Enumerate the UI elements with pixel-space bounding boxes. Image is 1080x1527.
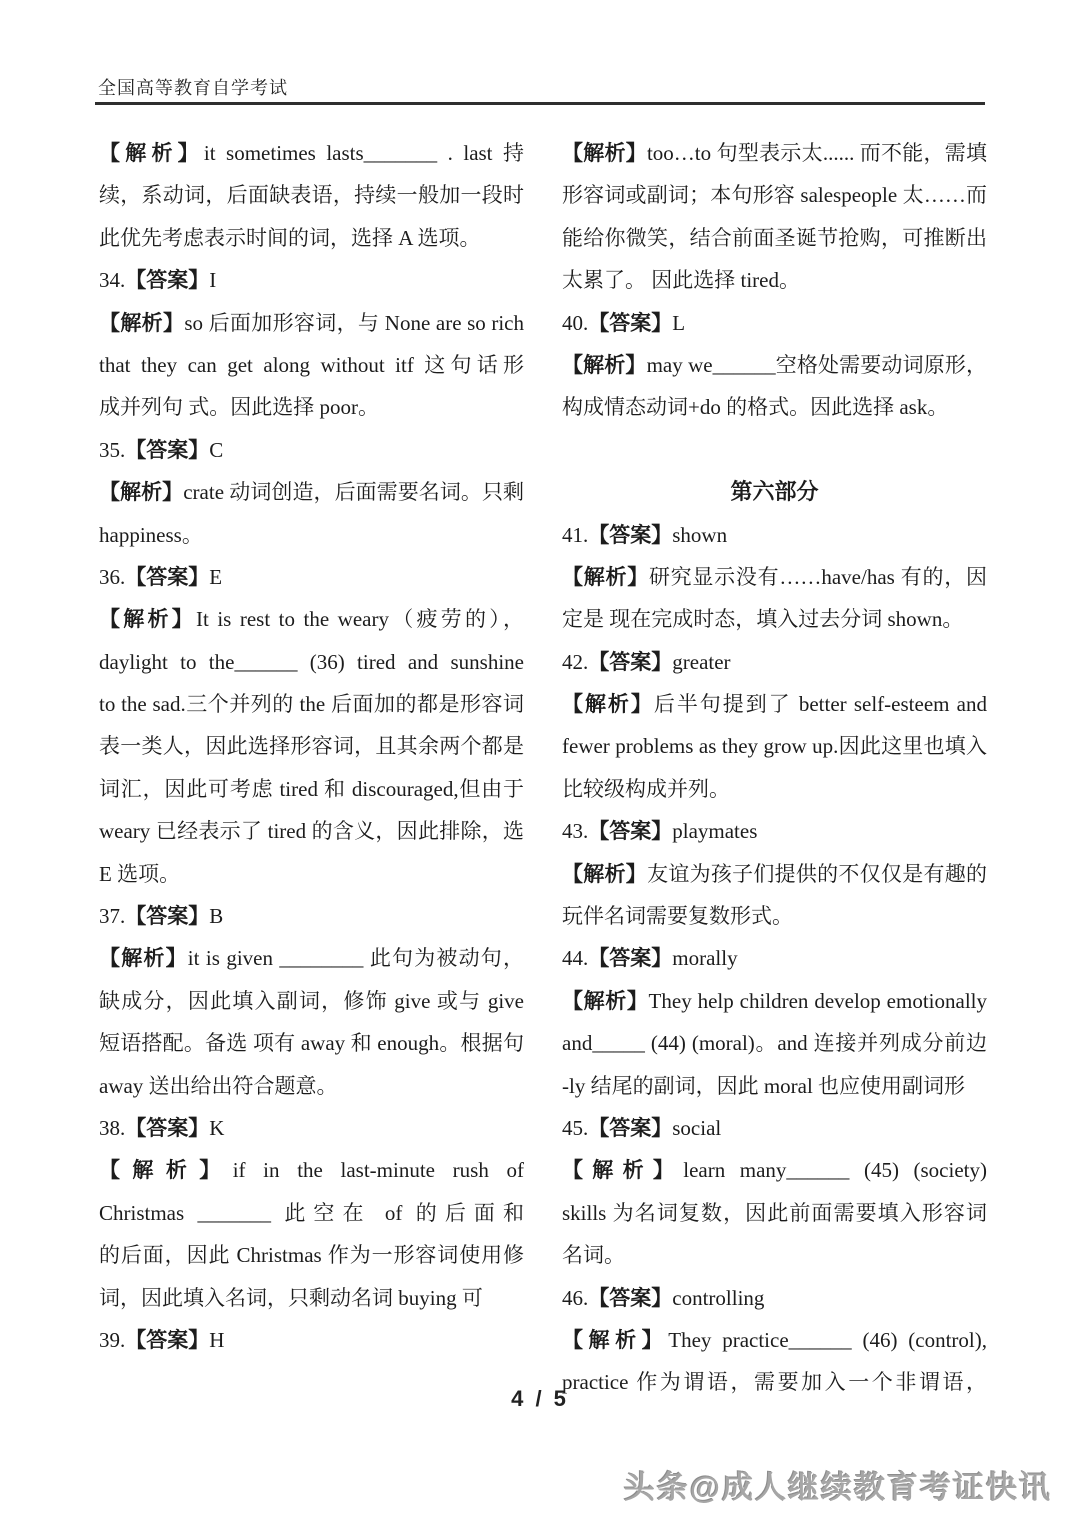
text-line: daylight to the______ (36) tired and sun… [99,641,524,683]
text-line: 【解析】if in the last-minute rush of [99,1149,524,1191]
page-number: 4 / 5 [0,1386,1080,1412]
text-line: 【解析】it is given ________ 此句为被动句，不 [99,937,524,979]
text-line: 短语搭配。备选 项有 away 和 enough。根据句意 give [99,1022,524,1064]
text-line: 38.【答案】K [99,1107,524,1149]
text-line: 构成情态动词+do 的格式。因此选择 ask。 [562,386,987,428]
text-line: to the sad.三个并列的 the 后面加的都是形容词 [99,683,524,725]
text-line: 44.【答案】morally [562,937,987,979]
text-line: 34.【答案】I [99,259,524,301]
document-page: 全国高等教育自学考试 【解析】it sometimes lasts_______… [0,0,1080,1527]
text-line: 【解析】so 后面加形容词，与 None are so rich [99,302,524,344]
blank-line [562,429,987,471]
text-line: 【解析】may we______空格处需要动词原形，与 may [562,344,987,386]
text-line: 36.【答案】E [99,556,524,598]
text-line: 【解析】友谊为孩子们提供的不仅仅是有趣的玩伴， [562,853,987,895]
text-line: 【解析】后半句提到了 better self-esteem and [562,683,987,725]
text-line: 43.【答案】playmates [562,810,987,852]
text-line: E 选项。 [99,853,524,895]
text-line: 续，系动词，后面缺表语，持续一般加一段时间，因 [99,174,524,216]
text-line: 37.【答案】B [99,895,524,937]
text-line: 【解析】It is rest to the weary（疲劳的）， [99,598,524,640]
text-line: 形容词或副词；本句形容 salespeople 太……而不 [562,174,987,216]
text-line: 缺成分，因此填入副词，修饰 give 或与 give 构成 [99,980,524,1022]
text-line: 【解析】研究显示没有……have/has 有的，因此确 [562,556,987,598]
text-line: 玩伴名词需要复数形式。 [562,895,987,937]
text-line: 39.【答案】H [99,1319,524,1361]
text-line: 名词。 [562,1234,987,1276]
text-line: -ly 结尾的副词，因此 moral 也应使用副词形式。 [562,1065,987,1107]
left-column: 【解析】it sometimes lasts_______ . last 持续，… [99,132,524,1361]
text-line: 【解析】learn many______ (45) (society) skil… [562,1149,987,1191]
text-line: 表一类人，因此选择形容词，且其余两个都是消极 [99,725,524,767]
text-line: 【解析】crate 动词创造，后面需要名词。只剩 [99,471,524,513]
text-line: 【解析】it sometimes lasts_______ . last 持 [99,132,524,174]
right-column: 【解析】too…to 句型表示太...... 而不能，需填入形容词或副词；本句形… [562,132,987,1404]
text-line: happiness。 [99,514,524,556]
text-line: 词，因此填入名词，只剩动名词 buying 可选。 [99,1277,524,1319]
text-line: and_____ (44) (moral)。and 连接并列成分前边为 [562,1022,987,1064]
text-line: 41.【答案】shown [562,514,987,556]
header-divider [95,102,985,105]
text-line: 45.【答案】social [562,1107,987,1149]
header-title: 全国高等教育自学考试 [98,74,288,100]
text-line: 能给你微笑，结合前面圣诞节抢购，可推断出太忙 [562,217,987,259]
text-line: 【解析】too…to 句型表示太...... 而不能，需填入 [562,132,987,174]
text-line: 35.【答案】C [99,429,524,471]
text-line: skills 为名词复数，因此前面需要填入形容词修饰 [562,1192,987,1234]
text-line: 40.【答案】L [562,302,987,344]
text-line: 太累了。 因此选择 tired。 [562,259,987,301]
text-line: 【解析】They help children develop emotional… [562,980,987,1022]
text-line: 【解析】They practice______ (46) (control), [562,1319,987,1361]
text-line: 比较级构成并列。 [562,768,987,810]
watermark: 头条@成人继续教育考证快讯 [624,1462,1052,1507]
text-line: that they can get along without itf 这句话形 [99,344,524,386]
section-heading: 第六部分 [562,471,987,513]
text-line: 成并列句 式。因此选择 poor。 [99,386,524,428]
text-line: 的后面，因此 Christmas 作为一形容词使用修饰名 [99,1234,524,1276]
text-line: away 送出给出符合题意。 [99,1065,524,1107]
text-line: 42.【答案】greater [562,641,987,683]
text-line: Christmas _______ 此空在 of 的后面和 Christmas [99,1192,524,1234]
text-line: 词汇，因此可考虑 tired 和 discouraged,但由于 [99,768,524,810]
text-line: weary 已经表示了 tired 的含义，因此排除，选择 [99,810,524,852]
text-line: 此优先考虑表示时间的词，选择 A 选项。 [99,217,524,259]
text-line: fewer problems as they grow up.因此这里也填入 [562,725,987,767]
text-line: 46.【答案】controlling [562,1277,987,1319]
text-line: 定是 现在完成时态，填入过去分词 shown。 [562,598,987,640]
